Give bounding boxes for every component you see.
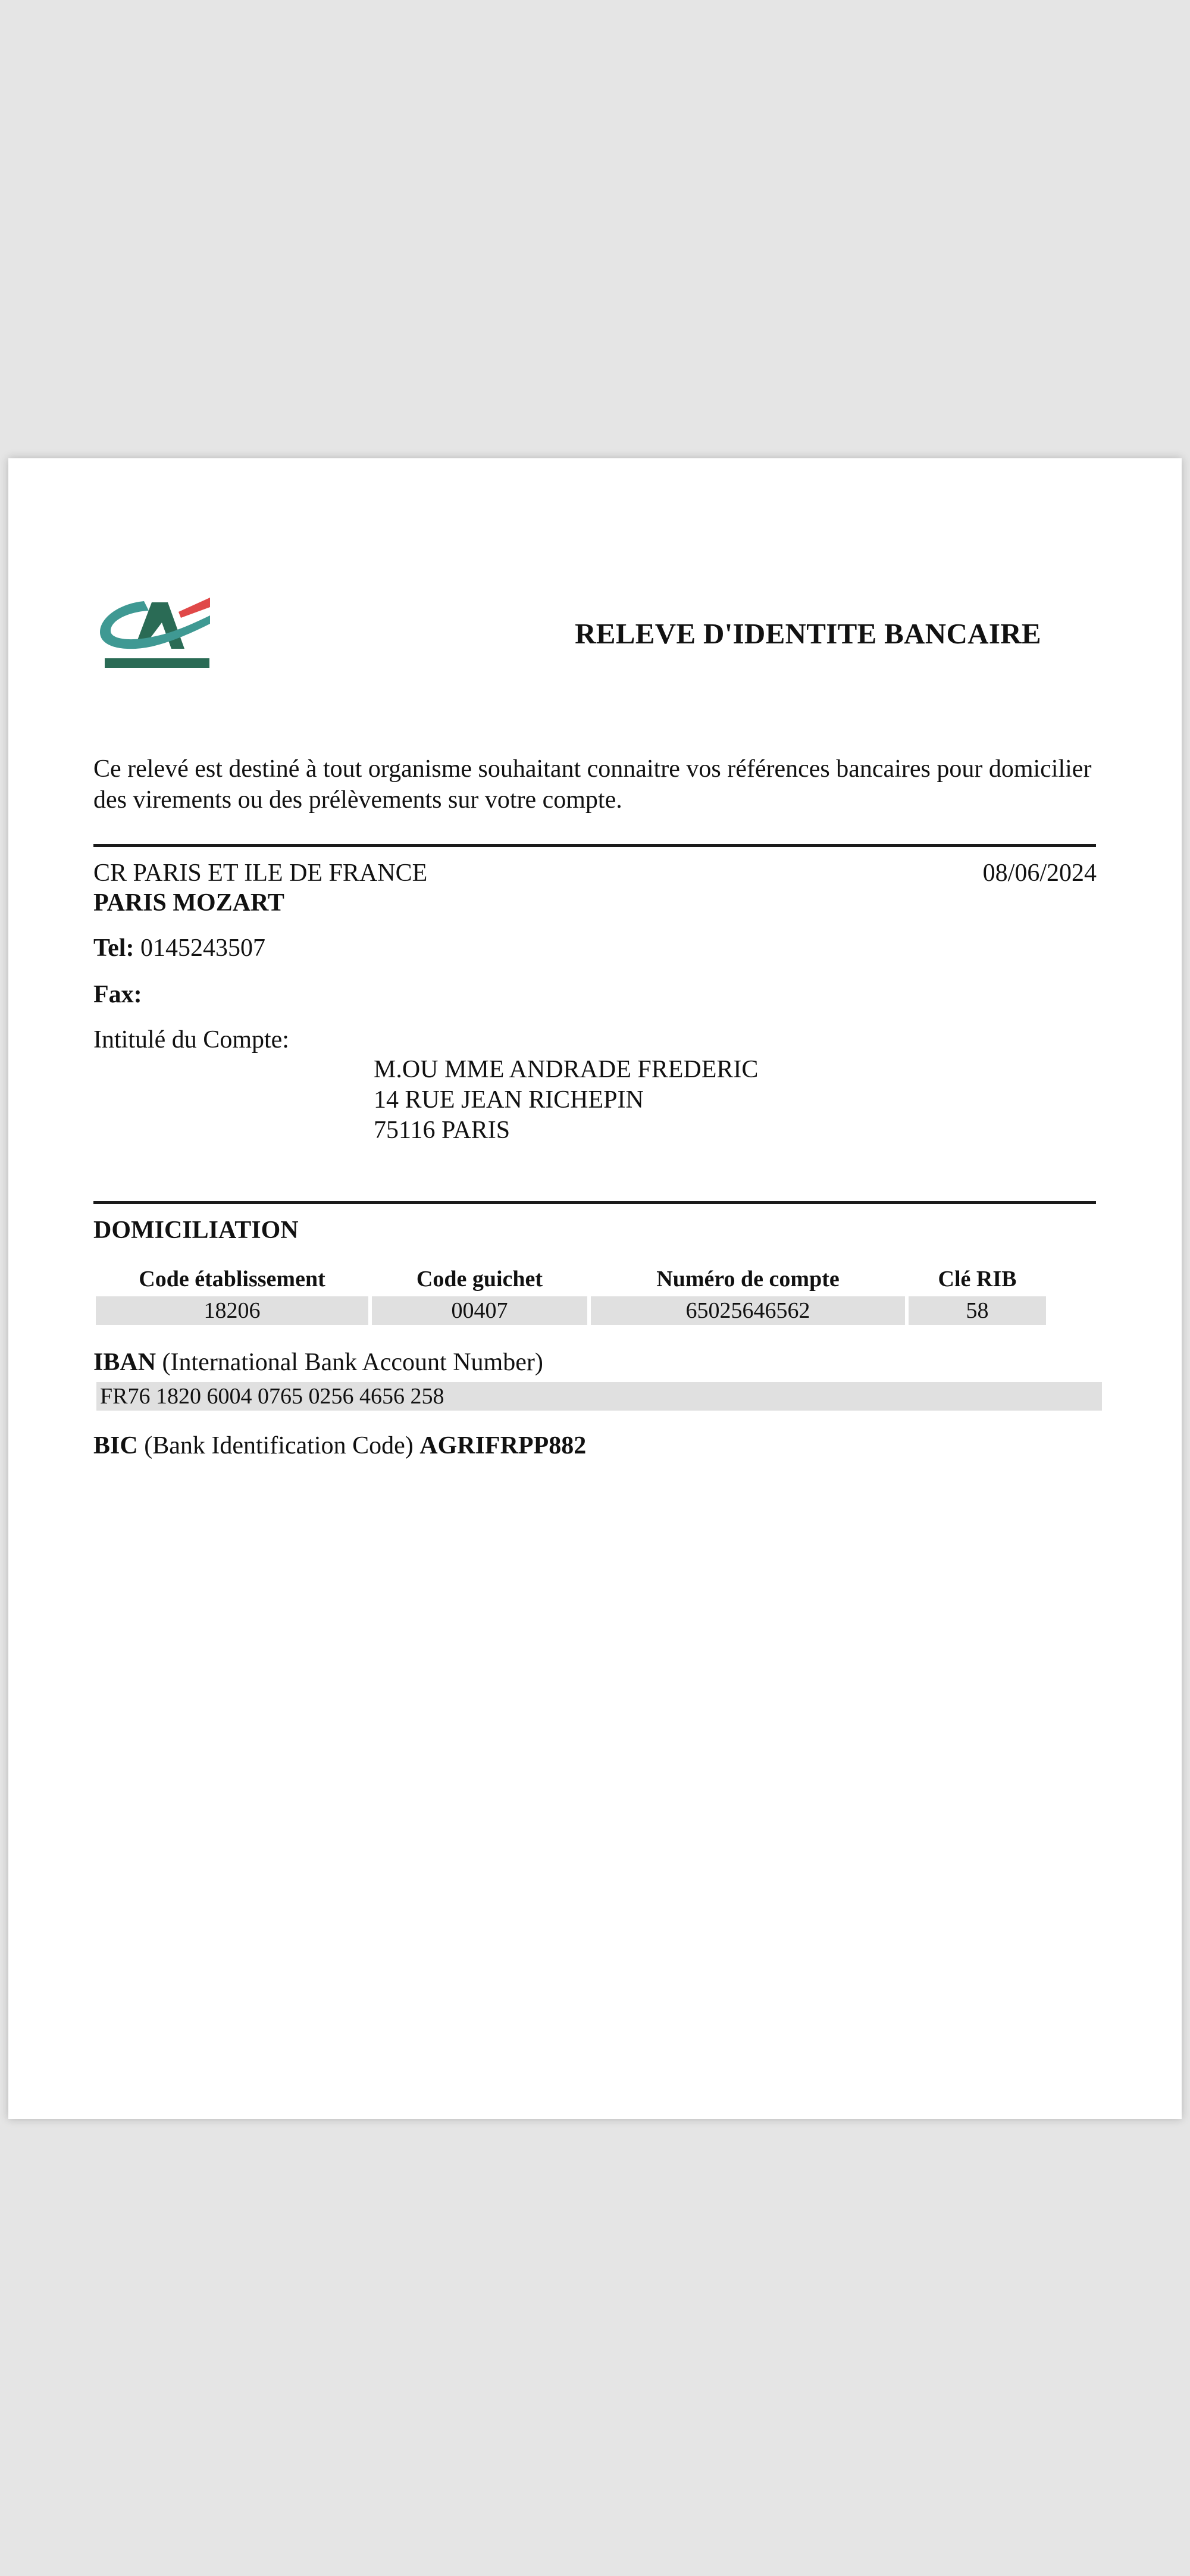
rib-table: Code établissement Code guichet Numéro d… [96,1264,1102,1325]
column-header-branch-code: Code guichet [372,1264,587,1294]
bank-name: CR PARIS ET ILE DE FRANCE [93,858,427,888]
bic-description: (Bank Identification Code) [138,1432,420,1459]
holder-city: 75116 PARIS [374,1115,758,1146]
tel-label: Tel: [93,934,134,962]
document-title: RELEVE D'IDENTITE BANCAIRE [532,617,1084,651]
iban-value: FR76 1820 6004 0765 0256 4656 258 [96,1382,1102,1411]
fax-line: Fax: [93,980,142,1009]
bank-code-value: 18206 [96,1296,368,1325]
agency-name: PARIS MOZART [93,888,284,918]
domiciliation-title: DOMICILIATION [93,1215,299,1245]
account-holder-address: M.OU MME ANDRADE FREDERIC 14 RUE JEAN RI… [374,1055,758,1146]
bic-value: AGRIFRPP882 [419,1432,586,1459]
bic-line: BIC (Bank Identification Code) AGRIFRPP8… [93,1431,586,1461]
holder-name: M.OU MME ANDRADE FREDERIC [374,1055,758,1085]
iban-description: (International Bank Account Number) [156,1349,543,1376]
document-page: RELEVE D'IDENTITE BANCAIRE Ce relevé est… [8,458,1182,2119]
column-header-bank-code: Code établissement [96,1264,368,1294]
credit-agricole-logo-icon [95,589,212,673]
tel-value: 0145243507 [140,934,265,962]
column-header-rib-key: Clé RIB [909,1264,1046,1294]
fax-label: Fax: [93,981,142,1008]
iban-label: IBAN [93,1349,156,1376]
iban-heading: IBAN (International Bank Account Number) [93,1348,543,1377]
rib-key-value: 58 [909,1296,1046,1325]
intro-text: Ce relevé est destiné à tout organisme s… [93,754,1105,815]
tel-line: Tel: 0145243507 [93,933,265,963]
account-holder-label: Intitulé du Compte: [93,1025,289,1055]
holder-street: 14 RUE JEAN RICHEPIN [374,1085,758,1115]
statement-date: 08/06/2024 [983,858,1097,888]
column-header-account-number: Numéro de compte [591,1264,905,1294]
bic-label: BIC [93,1432,138,1459]
divider [93,1201,1096,1204]
account-number-value: 65025646562 [591,1296,905,1325]
divider [93,844,1096,847]
branch-code-value: 00407 [372,1296,587,1325]
